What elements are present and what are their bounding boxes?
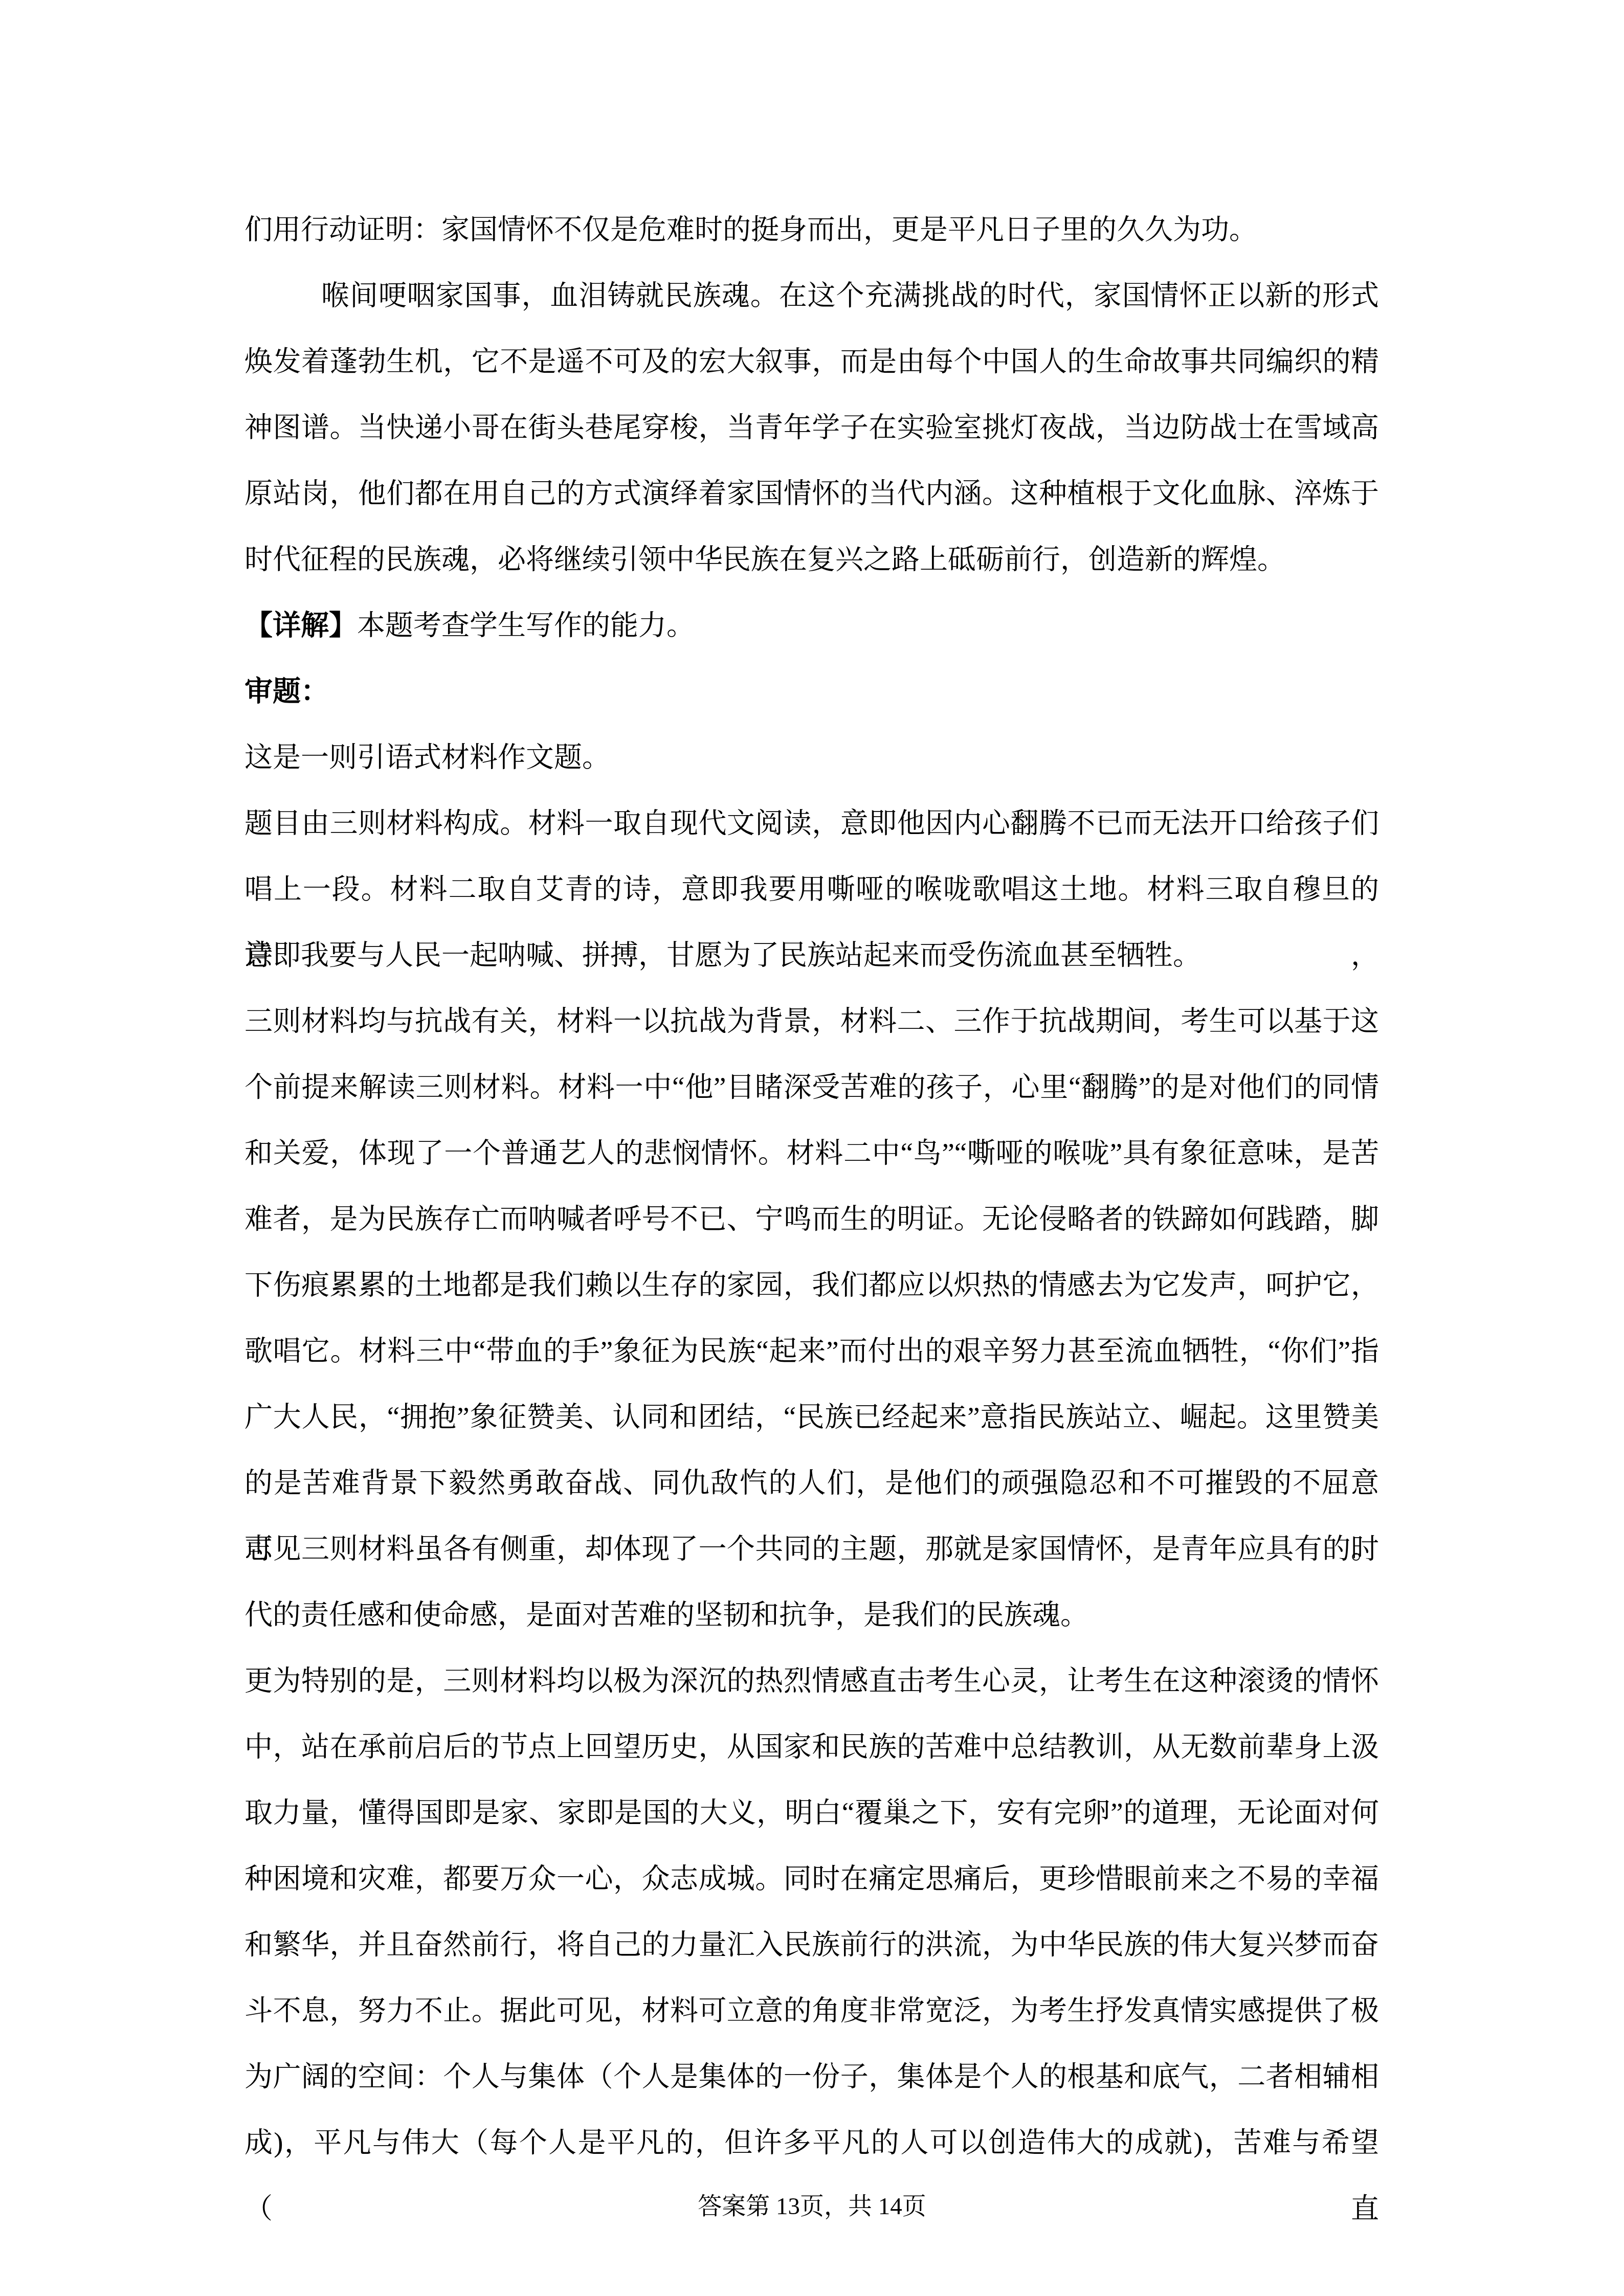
line-text: 原站岗，他们都在用自己的方式演绎着家国情怀的当代内涵。这种植根于文化血脉、淬炼于 (244, 478, 1379, 509)
text-line: 这是一则引语式材料作文题。 (244, 724, 1379, 790)
line-text: 喉间哽咽家国事，血泪铸就民族魂。在这个充满挑战的时代，家国情怀正以新的形式 (321, 280, 1379, 311)
text-line: 喉间哽咽家国事，血泪铸就民族魂。在这个充满挑战的时代，家国情怀正以新的形式 (244, 262, 1379, 328)
text-line: 为广阔的空间：个人与集体（个人是集体的一份子，集体是个人的根基和底气，二者相辅相 (244, 2043, 1379, 2109)
text-line: 中，站在承前启后的节点上回望历史，从国家和民族的苦难中总结教训，从无数前辈身上汲 (244, 1714, 1379, 1780)
text-line: 三则材料均与抗战有关，材料一以抗战为背景，材料二、三作于抗战期间，考生可以基于这 (244, 988, 1379, 1054)
text-line: 和繁华，并且奋然前行，将自己的力量汇入民族前行的洪流，为中华民族的伟大复兴梦而奋 (244, 1911, 1379, 1977)
line-text: 三则材料均与抗战有关，材料一以抗战为背景，材料二、三作于抗战期间，考生可以基于这 (244, 1005, 1379, 1037)
text-line: 审题： (244, 658, 1379, 724)
line-text: 时代征程的民族魂，必将继续引领中华民族在复兴之路上砥砺前行，创造新的辉煌。 (244, 544, 1285, 575)
line-text: 意即我要与人民一起呐喊、拼搏，甘愿为了民族站起来而受伤流血甚至牺牲。 (244, 939, 1201, 971)
line-text: 中，站在承前启后的节点上回望历史，从国家和民族的苦难中总结教训，从无数前辈身上汲 (244, 1731, 1379, 1762)
text-line: 时代征程的民族魂，必将继续引领中华民族在复兴之路上砥砺前行，创造新的辉煌。 (244, 526, 1379, 592)
line-text: 为广阔的空间：个人与集体（个人是集体的一份子，集体是个人的根基和底气，二者相辅相 (244, 2061, 1379, 2092)
text-line: 原站岗，他们都在用自己的方式演绎着家国情怀的当代内涵。这种植根于文化血脉、淬炼于 (244, 460, 1379, 526)
text-line: 们用行动证明：家国情怀不仅是危难时的挺身而出，更是平凡日子里的久久为功。 (244, 196, 1379, 262)
text-line: 更为特别的是，三则材料均以极为深沉的热烈情感直击考生心灵，让考生在这种滚烫的情怀 (244, 1648, 1379, 1714)
text-line: 神图谱。当快递小哥在街头巷尾穿梭，当青年学子在实验室挑灯夜战，当边防战士在雪域高 (244, 394, 1379, 460)
answer-sheet-page: 们用行动证明：家国情怀不仅是危难时的挺身而出，更是平凡日子里的久久为功。喉间哽咽… (0, 0, 1624, 2296)
text-line: 【详解】本题考查学生写作的能力。 (244, 592, 1379, 658)
text-line: 题目由三则材料构成。材料一取自现代文阅读，意即他因内心翻腾不已而无法开口给孩子们 (244, 790, 1379, 856)
line-text: 本题考查学生写作的能力。 (357, 610, 695, 641)
text-line: 取力量，懂得国即是家、家即是国的大义，明白“覆巢之下，安有完卵”的道理，无论面对… (244, 1780, 1379, 1845)
text-line: 可见三则材料虽各有侧重，却体现了一个共同的主题，那就是家国情怀，是青年应具有的时 (244, 1516, 1379, 1582)
line-text: 更为特别的是，三则材料均以极为深沉的热烈情感直击考生心灵，让考生在这种滚烫的情怀 (244, 1665, 1379, 1696)
line-text: 这是一则引语式材料作文题。 (244, 741, 610, 773)
text-line: 焕发着蓬勃生机，它不是遥不可及的宏大叙事，而是由每个中国人的生命故事共同编织的精 (244, 328, 1379, 394)
line-text: 歌唱它。材料三中“带血的手”象征为民族“起来”而付出的艰辛努力甚至流血牺牲，“你… (244, 1335, 1379, 1366)
line-text: 审题： (244, 676, 329, 707)
line-text: 斗不息，努力不止。据此可见，材料可立意的角度非常宽泛，为考生抒发真情实感提供了极 (244, 1995, 1379, 2026)
line-text: 难者，是为民族存亡而呐喊者呼号不已、宁鸣而生的明证。无论侵略者的铁蹄如何践踏，脚 (244, 1203, 1379, 1234)
line-text: 取力量，懂得国即是家、家即是国的大义，明白“覆巢之下，安有完卵”的道理，无论面对… (244, 1797, 1379, 1828)
line-text: 们用行动证明：家国情怀不仅是危难时的挺身而出，更是平凡日子里的久久为功。 (244, 214, 1257, 245)
line-text: 代的责任感和使命感，是面对苦难的坚韧和抗争，是我们的民族魂。 (244, 1599, 1088, 1630)
text-line: 和关爱，体现了一个普通艺人的悲悯情怀。材料二中“鸟”“嘶哑的喉咙”具有象征意味，… (244, 1120, 1379, 1186)
text-line: 下伤痕累累的土地都是我们赖以生存的家园，我们都应以炽热的情感去为它发声，呵护它， (244, 1252, 1379, 1318)
text-line: 歌唱它。材料三中“带血的手”象征为民族“起来”而付出的艰辛努力甚至流血牺牲，“你… (244, 1318, 1379, 1384)
page-number: 答案第 13页，共 14页 (698, 2193, 926, 2220)
page-footer: 答案第 13页，共 14页 (0, 2191, 1624, 2222)
text-line: 成)，平凡与伟大（每个人是平凡的，但许多平凡的人可以创造伟大的成就)，苦难与希望… (244, 2109, 1379, 2175)
text-line: 广大人民，“拥抱”象征赞美、认同和团结，“民族已经起来”意指民族站立、崛起。这里… (244, 1384, 1379, 1450)
line-text: 种困境和灾难，都要万众一心，众志成城。同时在痛定思痛后，更珍惜眼前来之不易的幸福 (244, 1863, 1379, 1894)
line-text: 焕发着蓬勃生机，它不是遥不可及的宏大叙事，而是由每个中国人的生命故事共同编织的精 (244, 346, 1379, 377)
line-text: 题目由三则材料构成。材料一取自现代文阅读，意即他因内心翻腾不已而无法开口给孩子们 (244, 807, 1379, 839)
text-line: 个前提来解读三则材料。材料一中“他”目睹深受苦难的孩子，心里“翻腾”的是对他们的… (244, 1054, 1379, 1120)
line-text: 个前提来解读三则材料。材料一中“他”目睹深受苦难的孩子，心里“翻腾”的是对他们的… (244, 1071, 1379, 1102)
line-text: 下伤痕累累的土地都是我们赖以生存的家园，我们都应以炽热的情感去为它发声，呵护它， (244, 1269, 1379, 1300)
text-line: 难者，是为民族存亡而呐喊者呼号不已、宁鸣而生的明证。无论侵略者的铁蹄如何践踏，脚 (244, 1186, 1379, 1252)
text-line: 斗不息，努力不止。据此可见，材料可立意的角度非常宽泛，为考生抒发真情实感提供了极 (244, 1977, 1379, 2043)
document-body: 们用行动证明：家国情怀不仅是危难时的挺身而出，更是平凡日子里的久久为功。喉间哽咽… (244, 196, 1379, 2175)
text-line: 种困境和灾难，都要万众一心，众志成城。同时在痛定思痛后，更珍惜眼前来之不易的幸福 (244, 1845, 1379, 1911)
text-line: 唱上一段。材料二取自艾青的诗，意即我要用嘶哑的喉咙歌唱这土地。材料三取自穆旦的诗… (244, 856, 1379, 922)
line-bold-label: 【详解】 (244, 610, 357, 641)
text-line: 的是苦难背景下毅然勇敢奋战、同仇敌忾的人们，是他们的顽强隐忍和不可摧毁的不屈意志… (244, 1450, 1379, 1516)
line-text: 广大人民，“拥抱”象征赞美、认同和团结，“民族已经起来”意指民族站立、崛起。这里… (244, 1401, 1379, 1432)
line-text: 神图谱。当快递小哥在街头巷尾穿梭，当青年学子在实验室挑灯夜战，当边防战士在雪域高 (244, 412, 1379, 443)
line-text: 和关爱，体现了一个普通艺人的悲悯情怀。材料二中“鸟”“嘶哑的喉咙”具有象征意味，… (244, 1137, 1379, 1168)
line-text: 和繁华，并且奋然前行，将自己的力量汇入民族前行的洪流，为中华民族的伟大复兴梦而奋 (244, 1929, 1379, 1960)
text-line: 代的责任感和使命感，是面对苦难的坚韧和抗争，是我们的民族魂。 (244, 1582, 1379, 1648)
line-text: 可见三则材料虽各有侧重，却体现了一个共同的主题，那就是家国情怀，是青年应具有的时 (244, 1533, 1379, 1564)
